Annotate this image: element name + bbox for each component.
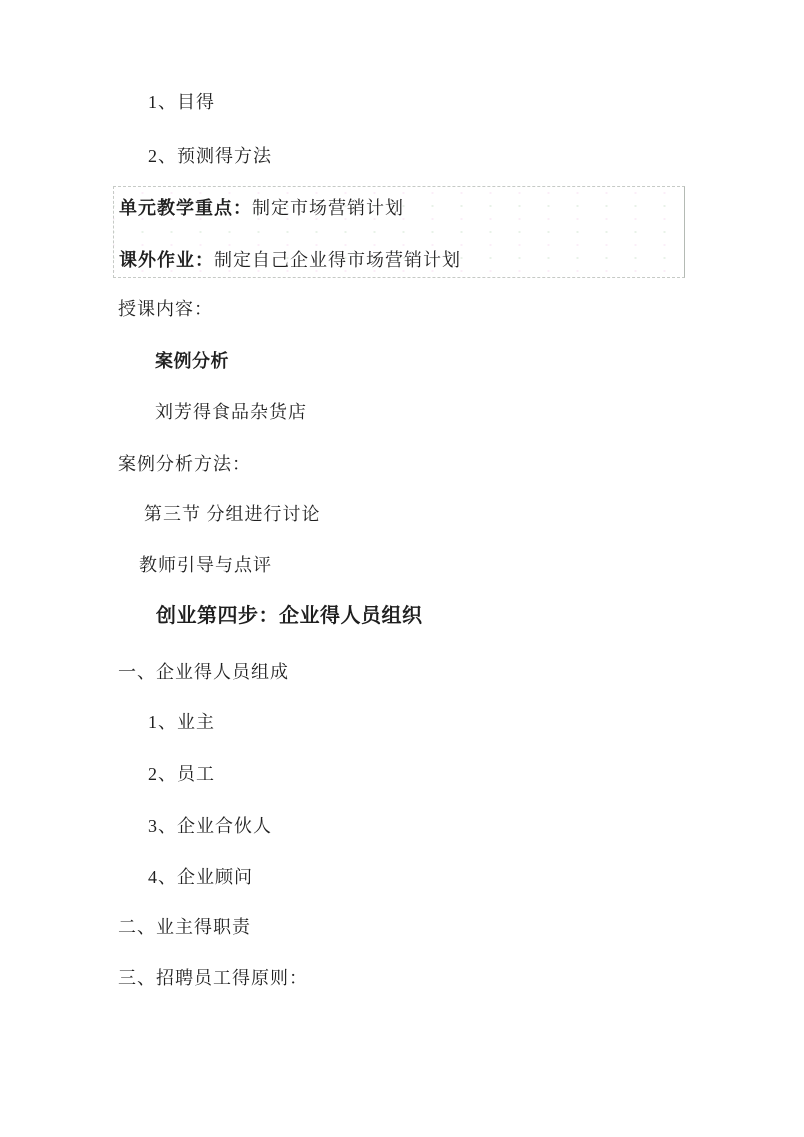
owner-duties-heading: 二、业主得职责 [118,915,251,939]
highlight-box: 单元教学重点：制定市场营销计划 课外作业：制定自己企业得市场营销计划 [113,186,685,278]
numbered-item-goal: 1、目得 [148,90,215,114]
case-analysis-heading: 案例分析 [155,349,229,373]
lecture-content-label: 授课内容： [118,297,213,321]
section-three-line: 第三节 分组进行讨论 [144,502,321,526]
homework-label: 课外作业： [119,250,214,270]
sub-item-employee: 2、员工 [148,762,215,786]
numbered-item-forecast-method: 2、预测得方法 [148,144,272,168]
sub-item-advisor: 4、企业顾问 [148,865,253,889]
case-name: 刘芳得食品杂货店 [155,400,307,424]
step-four-heading: 创业第四步：企业得人员组织 [156,603,423,629]
unit-teaching-focus-row: 单元教学重点：制定市场营销计划 [119,196,404,220]
unit-teaching-focus-label: 单元教学重点： [119,198,252,218]
sub-item-owner: 1、业主 [148,710,215,734]
case-method-label: 案例分析方法： [118,452,251,476]
sub-item-partner: 3、企业合伙人 [148,814,272,838]
recruitment-principles-heading: 三、招聘员工得原则： [118,966,308,990]
homework-value: 制定自己企业得市场营销计划 [214,250,461,270]
homework-row: 课外作业：制定自己企业得市场营销计划 [119,248,461,272]
unit-teaching-focus-value: 制定市场营销计划 [252,198,404,218]
teacher-guidance-line: 教师引导与点评 [139,553,272,577]
document-page: 1、目得 2、预测得方法 单元教学重点：制定市场营销计划 课外作业：制定自己企业… [0,0,804,1137]
personnel-composition-heading: 一、企业得人员组成 [118,660,289,684]
